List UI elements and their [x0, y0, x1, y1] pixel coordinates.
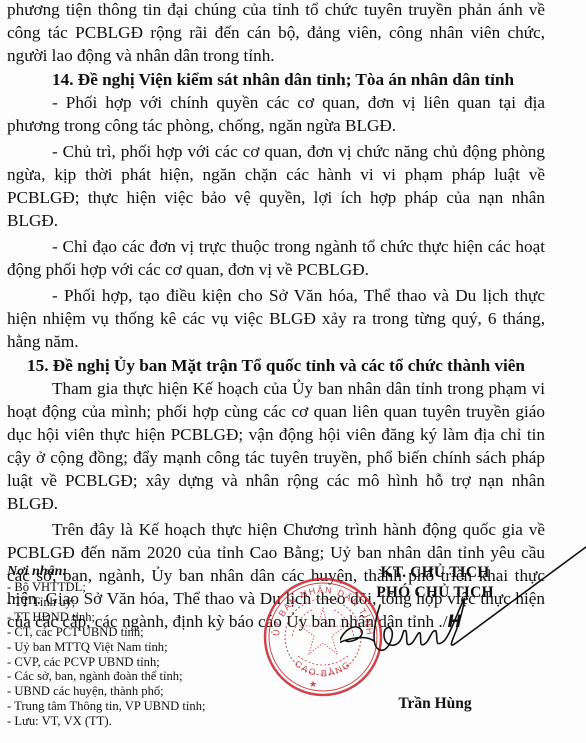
recipients-block: Nơi nhận: - Bộ VHTTDL;- TT Tỉnh uỷ;- TT …	[7, 564, 267, 729]
section-15-paragraph: Tham gia thực hiện Kế hoạch của Ủy ban n…	[7, 377, 545, 515]
handwritten-signature-icon	[340, 545, 586, 680]
section-15-heading: 15. Đề nghị Ủy ban Mặt trận Tổ quốc tỉnh…	[7, 354, 545, 377]
section-14-paragraph: - Chủ trì, phối hợp với các cơ quan, đơn…	[7, 140, 545, 232]
recipients-label: Nơi nhận:	[7, 564, 267, 580]
section-14-paragraph: - Phối hợp, tạo điều kiện cho Sở Văn hóa…	[7, 284, 545, 353]
recipient-item: - Uỷ ban MTTQ Việt Nam tỉnh;	[7, 640, 267, 655]
recipient-item: - Trung tâm Thông tin, VP UBND tỉnh;	[7, 699, 267, 714]
intro-paragraph: phương tiện thông tin đại chúng của tỉnh…	[7, 0, 545, 67]
recipient-item: - Lưu: VT, VX (TT).	[7, 714, 267, 729]
recipient-item: - Các sở, ban, ngành đoàn thể tỉnh;	[7, 669, 267, 684]
section-14-heading: 14. Đề nghị Viện kiểm sát nhân dân tỉnh;…	[7, 68, 545, 91]
recipient-item: - CT, các PCT UBND tỉnh;	[7, 625, 267, 640]
recipient-item: - CVP, các PCVP UBND tỉnh;	[7, 655, 267, 670]
section-14-paragraph: - Phối hợp với chính quyền các cơ quan, …	[7, 91, 545, 137]
signer-name: Trần Hùng	[340, 695, 530, 713]
svg-text:★: ★	[309, 679, 317, 689]
section-14-paragraph: - Chỉ đạo các đơn vị trực thuộc trong ng…	[7, 235, 545, 281]
recipient-item: - Bộ VHTTDL;	[7, 580, 267, 595]
recipients-list: - Bộ VHTTDL;- TT Tỉnh uỷ;- TT HĐND tỉnh;…	[7, 580, 267, 729]
recipient-item: - TT HĐND tỉnh;	[7, 610, 267, 625]
document-body: phương tiện thông tin đại chúng của tỉnh…	[7, 0, 545, 634]
recipient-item: - UBND các huyện, thành phố;	[7, 684, 267, 699]
recipient-item: - TT Tỉnh uỷ;	[7, 595, 267, 610]
